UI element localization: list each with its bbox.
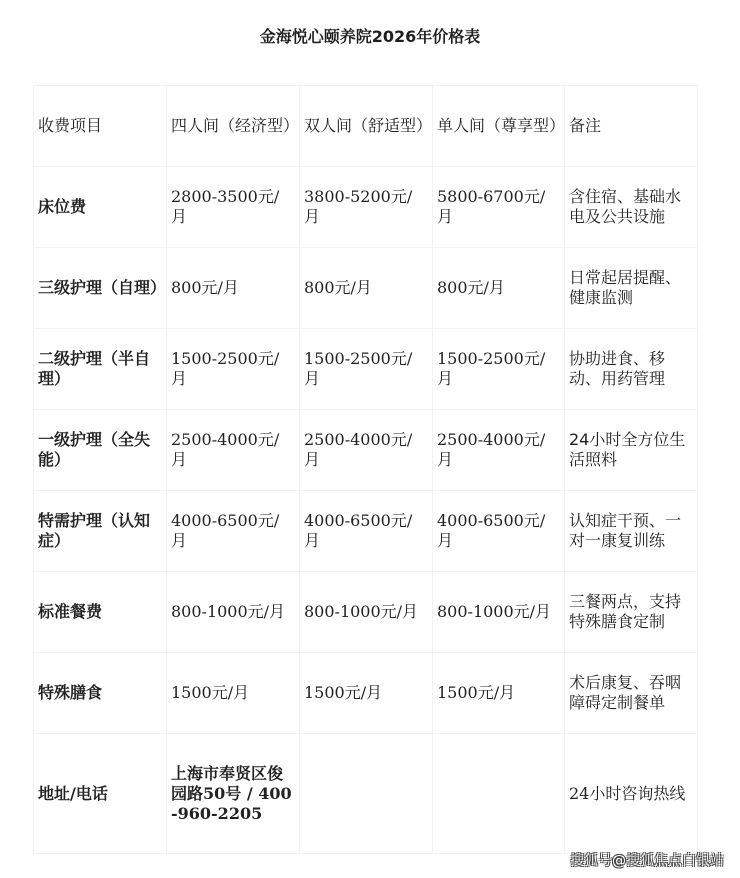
address-phone-value: 上海市奉贤区俊园路50号 / 400-960-2205 [167,734,300,854]
row-item-label: 一级护理（全失能） [34,410,167,491]
single-room-price: 2500-4000元/月 [433,410,565,491]
four-room-price: 1500元/月 [167,653,300,734]
single-room-price: 800-1000元/月 [433,572,565,653]
header-double-room: 双人间（舒适型） [300,86,433,167]
table-row: 床位费 2800-3500元/月 3800-5200元/月 5800-6700元… [34,167,698,248]
page-title: 金海悦心颐养院2026年价格表 [0,24,740,47]
header-four-room: 四人间（经济型） [167,86,300,167]
four-room-price: 2500-4000元/月 [167,410,300,491]
row-item-label: 特殊膳食 [34,653,167,734]
table-row: 特殊膳食 1500元/月 1500元/月 1500元/月 术后康复、吞咽障碍定制… [34,653,698,734]
row-item-label: 标准餐费 [34,572,167,653]
table-row: 特需护理（认知症） 4000-6500元/月 4000-6500元/月 4000… [34,491,698,572]
single-room-price: 5800-6700元/月 [433,167,565,248]
row-note: 协助进食、移动、用药管理 [565,329,698,410]
double-room-price: 800元/月 [300,248,433,329]
row-note: 认知症干预、一对一康复训练 [565,491,698,572]
table-row: 一级护理（全失能） 2500-4000元/月 2500-4000元/月 2500… [34,410,698,491]
four-room-price: 1500-2500元/月 [167,329,300,410]
header-note: 备注 [565,86,698,167]
row-item-label: 特需护理（认知症） [34,491,167,572]
row-note: 三餐两点，支持特殊膳食定制 [565,572,698,653]
table-row: 标准餐费 800-1000元/月 800-1000元/月 800-1000元/月… [34,572,698,653]
address-label: 地址/电话 [34,734,167,854]
address-row: 地址/电话 上海市奉贤区俊园路50号 / 400-960-2205 24小时咨询… [34,734,698,854]
double-room-price: 4000-6500元/月 [300,491,433,572]
double-room-price: 2500-4000元/月 [300,410,433,491]
four-room-price: 800-1000元/月 [167,572,300,653]
single-room-price: 1500-2500元/月 [433,329,565,410]
double-room-price: 1500-2500元/月 [300,329,433,410]
watermark: 搜狐号@搜狐焦点白银站 [570,850,724,870]
table-row: 二级护理（半自理） 1500-2500元/月 1500-2500元/月 1500… [34,329,698,410]
single-room-price: 800元/月 [433,248,565,329]
row-note: 24小时全方位生活照料 [565,410,698,491]
row-note: 日常起居提醒、健康监测 [565,248,698,329]
single-room-price: 4000-6500元/月 [433,491,565,572]
double-room-price: 800-1000元/月 [300,572,433,653]
four-room-price: 800元/月 [167,248,300,329]
row-item-label: 床位费 [34,167,167,248]
single-room-price: 1500元/月 [433,653,565,734]
hotline-note: 24小时咨询热线 [565,734,698,854]
table-row: 三级护理（自理） 800元/月 800元/月 800元/月 日常起居提醒、健康监… [34,248,698,329]
header-single-room: 单人间（尊享型） [433,86,565,167]
price-table: 收费项目 四人间（经济型） 双人间（舒适型） 单人间（尊享型） 备注 床位费 2… [33,85,698,854]
double-room-price: 1500元/月 [300,653,433,734]
address-empty-double [300,734,433,854]
row-note: 术后康复、吞咽障碍定制餐单 [565,653,698,734]
row-item-label: 二级护理（半自理） [34,329,167,410]
double-room-price: 3800-5200元/月 [300,167,433,248]
four-room-price: 2800-3500元/月 [167,167,300,248]
table-header-row: 收费项目 四人间（经济型） 双人间（舒适型） 单人间（尊享型） 备注 [34,86,698,167]
header-item: 收费项目 [34,86,167,167]
row-note: 含住宿、基础水电及公共设施 [565,167,698,248]
row-item-label: 三级护理（自理） [34,248,167,329]
address-empty-single [433,734,565,854]
four-room-price: 4000-6500元/月 [167,491,300,572]
